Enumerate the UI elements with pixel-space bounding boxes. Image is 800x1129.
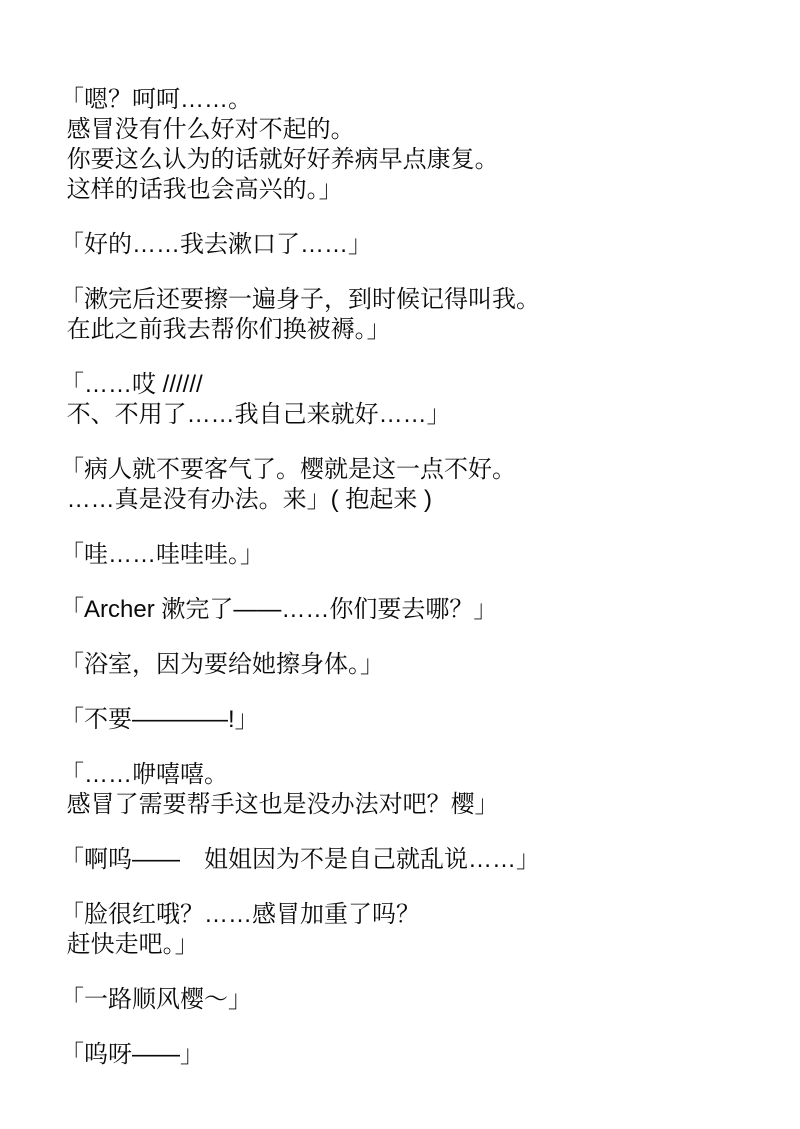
dialogue-line: 「不要————!」 xyxy=(60,705,770,735)
dialogue-line: 「……咿嘻嘻。 xyxy=(60,760,770,790)
dialogue-paragraph: 「哇……哇哇哇。」 xyxy=(60,540,770,570)
dialogue-paragraph: 「Archer 漱完了——……你们要去哪？」 xyxy=(60,595,770,625)
dialogue-line: 感冒了需要帮手这也是没办法对吧？樱」 xyxy=(60,790,770,820)
dialogue-line: 「Archer 漱完了——……你们要去哪？」 xyxy=(60,595,770,625)
dialogue-paragraph: 「漱完后还要擦一遍身子，到时候记得叫我。 在此之前我去帮你们换被褥。」 xyxy=(60,285,770,345)
dialogue-line: 「好的……我去漱口了……」 xyxy=(60,230,770,260)
dialogue-line: 「……哎 ////// xyxy=(60,370,770,400)
dialogue-paragraph: 「浴室，因为要给她擦身体。」 xyxy=(60,650,770,680)
dialogue-paragraph: 「啊呜—— 姐姐因为不是自己就乱说……」 xyxy=(60,845,770,875)
dialogue-paragraph: 「……哎 ////// 不、不用了……我自己来就好……」 xyxy=(60,370,770,430)
dialogue-line: 「漱完后还要擦一遍身子，到时候记得叫我。 xyxy=(60,285,770,315)
dialogue-line: 赶快走吧。」 xyxy=(60,930,770,960)
dialogue-paragraph: 「一路顺风樱～」 xyxy=(60,985,770,1015)
dialogue-paragraph: 「呜呀——」 xyxy=(60,1040,770,1070)
dialogue-text: 「嗯？呵呵……。 感冒没有什么好对不起的。 你要这么认为的话就好好养病早点康复。… xyxy=(60,85,770,1070)
dialogue-line: 不、不用了……我自己来就好……」 xyxy=(60,400,770,430)
dialogue-line: 「哇……哇哇哇。」 xyxy=(60,540,770,570)
dialogue-line: 「一路顺风樱～」 xyxy=(60,985,770,1015)
dialogue-line: 在此之前我去帮你们换被褥。」 xyxy=(60,315,770,345)
dialogue-line: 这样的话我也会高兴的。」 xyxy=(60,175,770,205)
dialogue-paragraph: 「病人就不要客气了。樱就是这一点不好。 ……真是没有办法。来」( 抱起来 ) xyxy=(60,455,770,515)
dialogue-line: 「脸很红哦？……感冒加重了吗？ xyxy=(60,900,770,930)
dialogue-line: 「呜呀——」 xyxy=(60,1040,770,1070)
dialogue-line: 「啊呜—— 姐姐因为不是自己就乱说……」 xyxy=(60,845,770,875)
dialogue-line: 「病人就不要客气了。樱就是这一点不好。 xyxy=(60,455,770,485)
dialogue-paragraph: 「好的……我去漱口了……」 xyxy=(60,230,770,260)
dialogue-line: 感冒没有什么好对不起的。 xyxy=(60,115,770,145)
dialogue-line: ……真是没有办法。来」( 抱起来 ) xyxy=(60,485,770,515)
dialogue-paragraph: 「嗯？呵呵……。 感冒没有什么好对不起的。 你要这么认为的话就好好养病早点康复。… xyxy=(60,85,770,205)
dialogue-line: 「浴室，因为要给她擦身体。」 xyxy=(60,650,770,680)
script-page: 「嗯？呵呵……。 感冒没有什么好对不起的。 你要这么认为的话就好好养病早点康复。… xyxy=(0,0,800,1129)
dialogue-paragraph: 「……咿嘻嘻。 感冒了需要帮手这也是没办法对吧？樱」 xyxy=(60,760,770,820)
dialogue-paragraph: 「脸很红哦？……感冒加重了吗？ 赶快走吧。」 xyxy=(60,900,770,960)
dialogue-line: 「嗯？呵呵……。 xyxy=(60,85,770,115)
dialogue-paragraph: 「不要————!」 xyxy=(60,705,770,735)
dialogue-line: 你要这么认为的话就好好养病早点康复。 xyxy=(60,145,770,175)
